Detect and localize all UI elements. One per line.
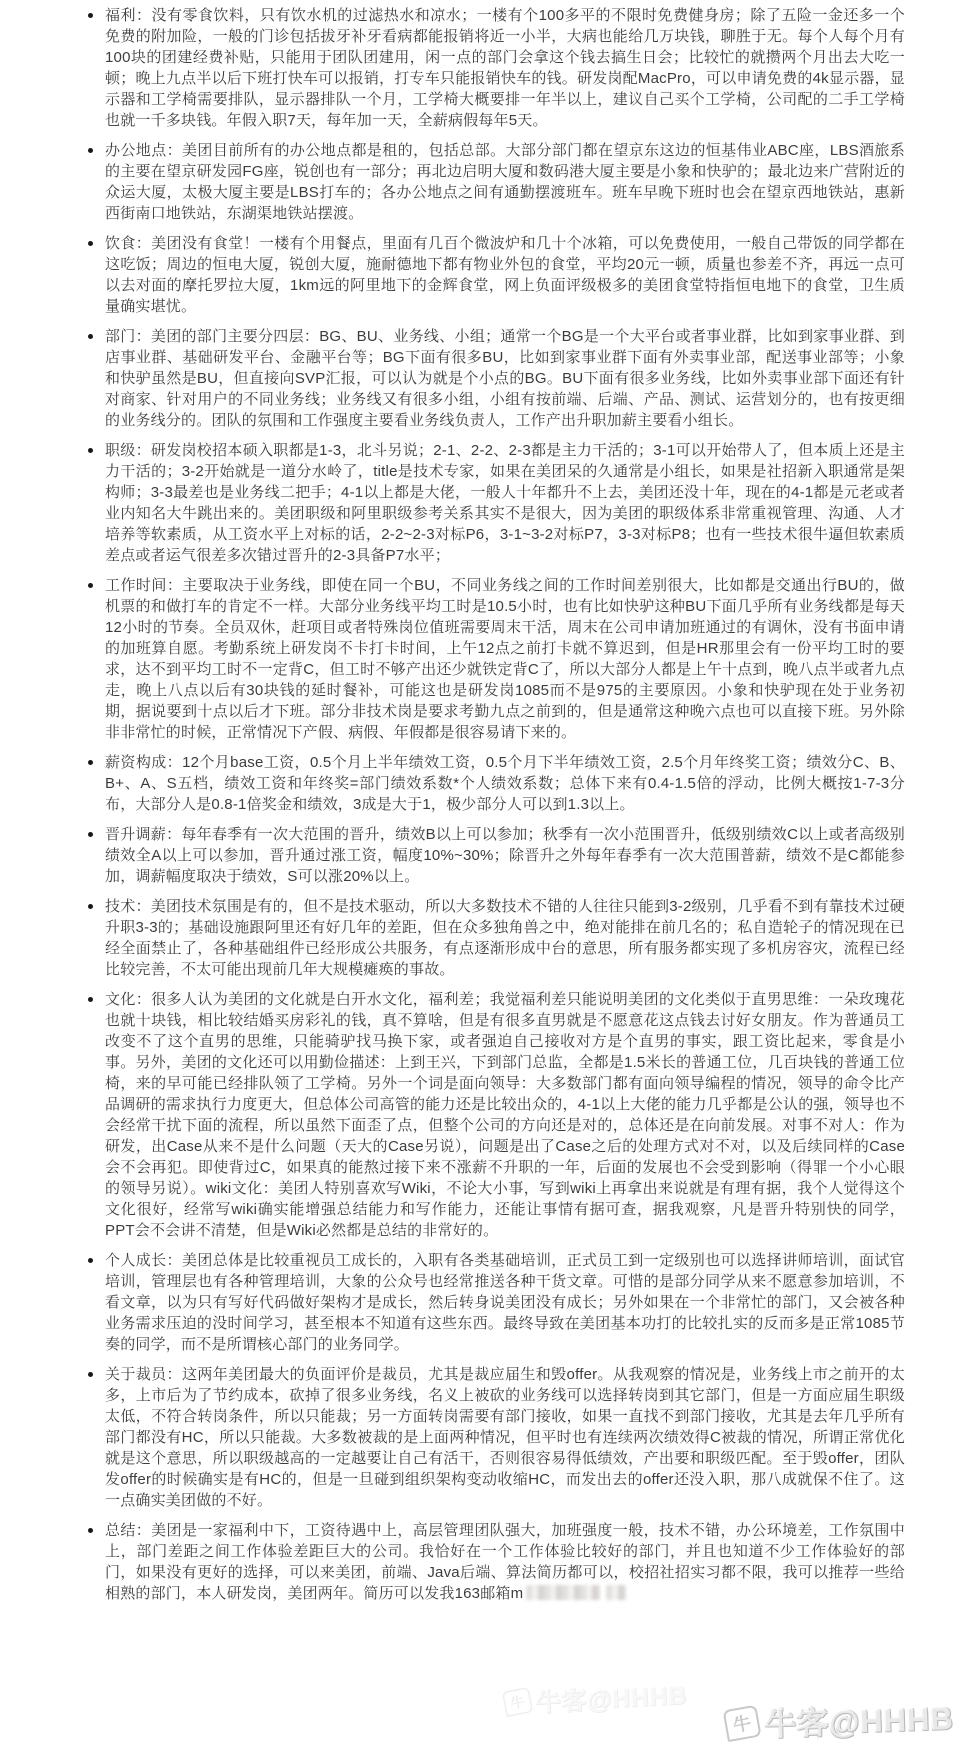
bullet-icon xyxy=(88,1372,93,1377)
bullet-icon xyxy=(88,760,93,765)
item-label: 工作时间： xyxy=(105,577,182,594)
bullet-icon xyxy=(88,448,93,453)
item-label: 饮食： xyxy=(105,235,151,252)
bullet-icon xyxy=(88,904,93,909)
item-text: 研发岗校招本硕入职都是1-3，北斗另说；2-1、2-2、2-3都是主力干活的；3… xyxy=(105,442,905,564)
watermark-text: 牛客@HHHB xyxy=(764,1693,954,1744)
niuke-logo-icon: 牛 xyxy=(502,1686,534,1716)
item-label: 办公地点： xyxy=(105,142,182,159)
bullet-icon xyxy=(88,1258,93,1263)
item-text: 12个月base工资，0.5个月上半年绩效工资，0.5个月下半年绩效工资，2.5… xyxy=(105,754,905,813)
list-item-summary: 总结：美团是一家福利中下，工资待遇中上，高层管理团队强大，加班强度一般，技术不错… xyxy=(105,1520,905,1604)
list-item-job-levels: 职级：研发岗校招本硕入职都是1-3，北斗另说；2-1、2-2、2-3都是主力干活… xyxy=(105,440,905,566)
post-body: 福利：没有零食饮料，只有饮水机的过滤热水和凉水；一楼有个100多平的不限时免费健… xyxy=(105,5,905,1613)
list-item-promotion: 晋升调薪：每年春季有一次大范围的晋升，绩效B以上可以参加；秋季有一次小范围晋升，… xyxy=(105,824,905,887)
item-label: 部门： xyxy=(105,328,151,345)
item-text: 没有零食饮料，只有饮水机的过滤热水和凉水；一楼有个100多平的不限时免费健身房；… xyxy=(105,7,905,129)
bullet-icon xyxy=(88,997,93,1002)
item-text: 美团是一家福利中下，工资待遇中上，高层管理团队强大，加班强度一般，技术不错，办公… xyxy=(105,1522,905,1602)
list-item-personal-growth: 个人成长：美团总体是比较重视员工成长的，入职有各类基础培训，正式员工到一定级别也… xyxy=(105,1250,905,1355)
item-text: 每年春季有一次大范围的晋升，绩效B以上可以参加；秋季有一次小范围晋升，低级别绩效… xyxy=(105,826,905,885)
item-text: 美团目前所有的办公地点都是租的，包括总部。大部分部门都在望京东这边的恒基伟业AB… xyxy=(105,142,905,222)
bullet-icon xyxy=(88,334,93,339)
list-item-layoffs: 关于裁员：这两年美团最大的负面评价是裁员，尤其是裁应届生和毁offer。从我观察… xyxy=(105,1364,905,1511)
item-label: 文化： xyxy=(105,991,151,1008)
item-label: 关于裁员： xyxy=(105,1366,182,1383)
item-text: 美团没有食堂！一楼有个用餐点，里面有几百个微波炉和几十个冰箱，可以免费使用，一般… xyxy=(105,235,905,315)
list-item-food: 饮食：美团没有食堂！一楼有个用餐点，里面有几百个微波炉和几十个冰箱，可以免费使用… xyxy=(105,233,905,317)
bullet-icon xyxy=(88,583,93,588)
item-label: 薪资构成： xyxy=(105,754,182,771)
niuke-logo-icon: 牛 xyxy=(723,1704,762,1741)
list-item-working-hours: 工作时间：主要取决于业务线，即使在同一个BU，不同业务线之间的工作时间差别很大，… xyxy=(105,575,905,743)
bullet-icon xyxy=(88,13,93,18)
niuke-watermark: 牛 牛客@HHHB xyxy=(725,1693,955,1744)
bullet-icon xyxy=(88,832,93,837)
item-text: 主要取决于业务线，即使在同一个BU，不同业务线之间的工作时间差别很大，比如都是交… xyxy=(105,577,905,741)
item-text: 美团技术氛围是有的，但不是技术驱动，所以大多数技术不错的人往往只能到3-2级别，… xyxy=(105,898,905,978)
niuke-watermark-faint: 牛 牛客@HHHB xyxy=(503,1675,688,1721)
item-label: 福利： xyxy=(105,7,151,24)
item-text: 这两年美团最大的负面评价是裁员，尤其是裁应届生和毁offer。从我观察的情况是，… xyxy=(105,1366,905,1509)
item-label: 技术： xyxy=(105,898,151,915)
list-item-departments: 部门：美团的部门主要分四层：BG、BU、业务线、小组；通常一个BG是一个大平台或… xyxy=(105,326,905,431)
bullet-icon xyxy=(88,1528,93,1533)
watermark-text: 牛客@HHHB xyxy=(535,1675,688,1719)
item-text: 美团总体是比较重视员工成长的，入职有各类基础培训，正式员工到一定级别也可以选择讲… xyxy=(105,1252,905,1353)
bullet-icon xyxy=(88,241,93,246)
item-label: 职级： xyxy=(105,442,151,459)
list-item-office-location: 办公地点：美团目前所有的办公地点都是租的，包括总部。大部分部门都在望京东这边的恒… xyxy=(105,140,905,224)
topic-list: 福利：没有零食饮料，只有饮水机的过滤热水和凉水；一楼有个100多平的不限时免费健… xyxy=(105,5,905,1604)
item-label: 晋升调薪： xyxy=(105,826,181,843)
redacted-email-block xyxy=(606,1585,626,1600)
list-item-culture: 文化：很多人认为美团的文化就是白开水文化，福利差；我觉福利差只能说明美团的文化类… xyxy=(105,989,905,1241)
list-item-salary-structure: 薪资构成：12个月base工资，0.5个月上半年绩效工资，0.5个月下半年绩效工… xyxy=(105,752,905,815)
bullet-icon xyxy=(88,148,93,153)
item-text: 美团的部门主要分四层：BG、BU、业务线、小组；通常一个BG是一个大平台或者事业… xyxy=(105,328,905,429)
item-label: 个人成长： xyxy=(105,1252,182,1269)
list-item-technology: 技术：美团技术氛围是有的，但不是技术驱动，所以大多数技术不错的人往往只能到3-2… xyxy=(105,896,905,980)
list-item-benefits: 福利：没有零食饮料，只有饮水机的过滤热水和凉水；一楼有个100多平的不限时免费健… xyxy=(105,5,905,131)
item-text: 很多人认为美团的文化就是白开水文化，福利差；我觉福利差只能说明美团的文化类似于直… xyxy=(105,991,905,1239)
redacted-email-block xyxy=(526,1585,600,1600)
item-label: 总结： xyxy=(105,1522,151,1539)
